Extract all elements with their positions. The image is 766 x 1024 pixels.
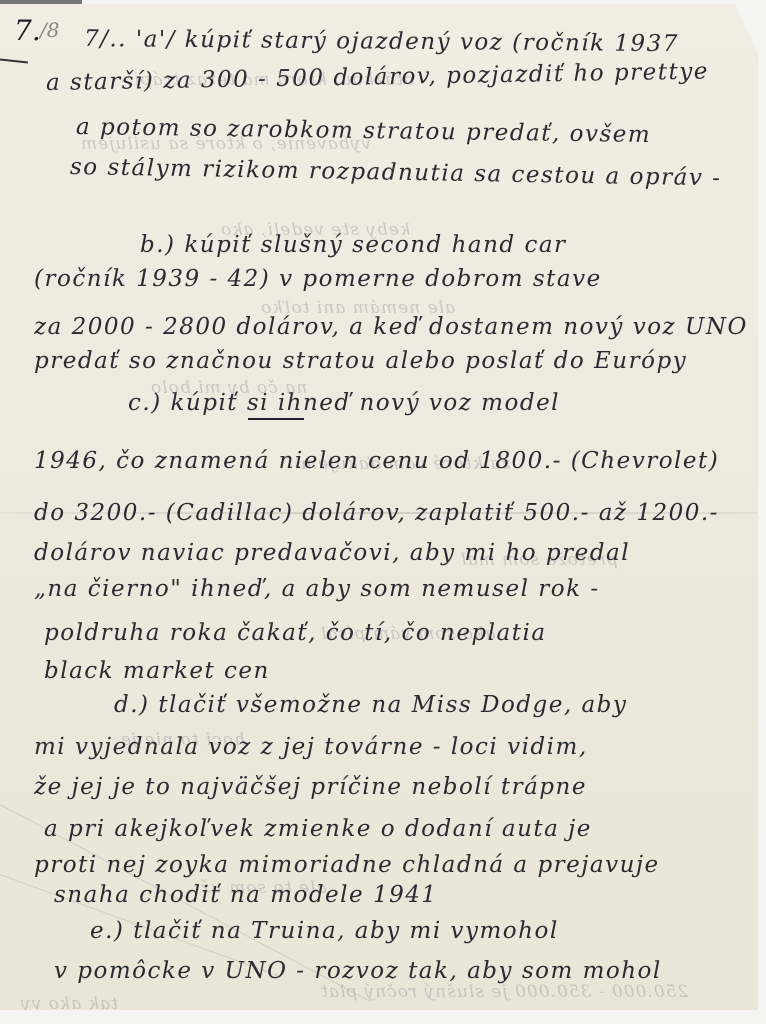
handwritten-line: so stálym rizikom rozpadnutia sa cestou … — [70, 154, 722, 191]
handwritten-line: snaha chodiť na modele 1941 — [54, 882, 437, 908]
letter-page: otázkou, ktorá ma teraz trápi - vybaveni… — [0, 4, 758, 1010]
handwritten-line: do 3200.- (Cadillac) dolárov, zaplatiť 5… — [34, 500, 719, 526]
handwritten-line: dolárov naviac predavačovi, aby mi ho pr… — [34, 540, 630, 566]
handwritten-line: a pri akejkoľvek zmienke o dodaní auta j… — [44, 816, 592, 842]
handwritten-line: 1946, čo znamená nielen cenu od 1800.- (… — [34, 448, 719, 474]
page-number-underline — [0, 59, 28, 63]
handwritten-line: poldruha roka čakať, čo tí, čo neplatia — [44, 620, 547, 646]
bleed-through-text: 250.000 - 350.000 je slušný ročný plat — [320, 982, 688, 1002]
handwritten-line: predať so značnou stratou alebo poslať d… — [34, 348, 687, 374]
handwritten-line: „na čierno" ihneď, a aby som nemusel rok… — [34, 576, 600, 602]
handwritten-line: a starší) za 300 - 500 dolárov, pozjazdi… — [46, 58, 709, 96]
page-number-annotation: /8 — [40, 18, 59, 42]
scan-edge — [0, 0, 82, 4]
handwritten-line: 7/.. 'a'/ kúpiť starý ojazdený voz (ročn… — [84, 26, 679, 57]
handwritten-line: (ročník 1939 - 42) v pomerne dobrom stav… — [34, 266, 602, 292]
handwritten-line: b.) kúpiť slušný second hand car — [140, 232, 567, 258]
handwritten-line: proti nej zoyka mimoriadne chladná a pre… — [34, 852, 660, 878]
bleed-through-text: tak ako vy — [20, 994, 118, 1014]
handwritten-line: mi vyjednala voz z jej továrne - loci vi… — [34, 734, 588, 760]
handwritten-line: že jej je to najväčšej príčine nebolí tr… — [34, 774, 587, 800]
handwritten-line: d.) tlačiť všemožne na Miss Dodge, aby — [114, 692, 627, 718]
underline-ihned — [248, 418, 304, 420]
handwritten-line: e.) tlačiť na Truina, aby mi vymohol — [90, 918, 559, 944]
handwritten-line: v pomôcke v UNO - rozvoz tak, aby som mo… — [54, 958, 662, 984]
page-number: 7. — [14, 14, 41, 47]
handwritten-line: c.) kúpiť si ihneď nový voz model — [128, 390, 560, 416]
handwritten-line: black market cen — [44, 658, 270, 684]
handwritten-line: za 2000 - 2800 dolárov, a keď dostanem n… — [34, 314, 748, 340]
